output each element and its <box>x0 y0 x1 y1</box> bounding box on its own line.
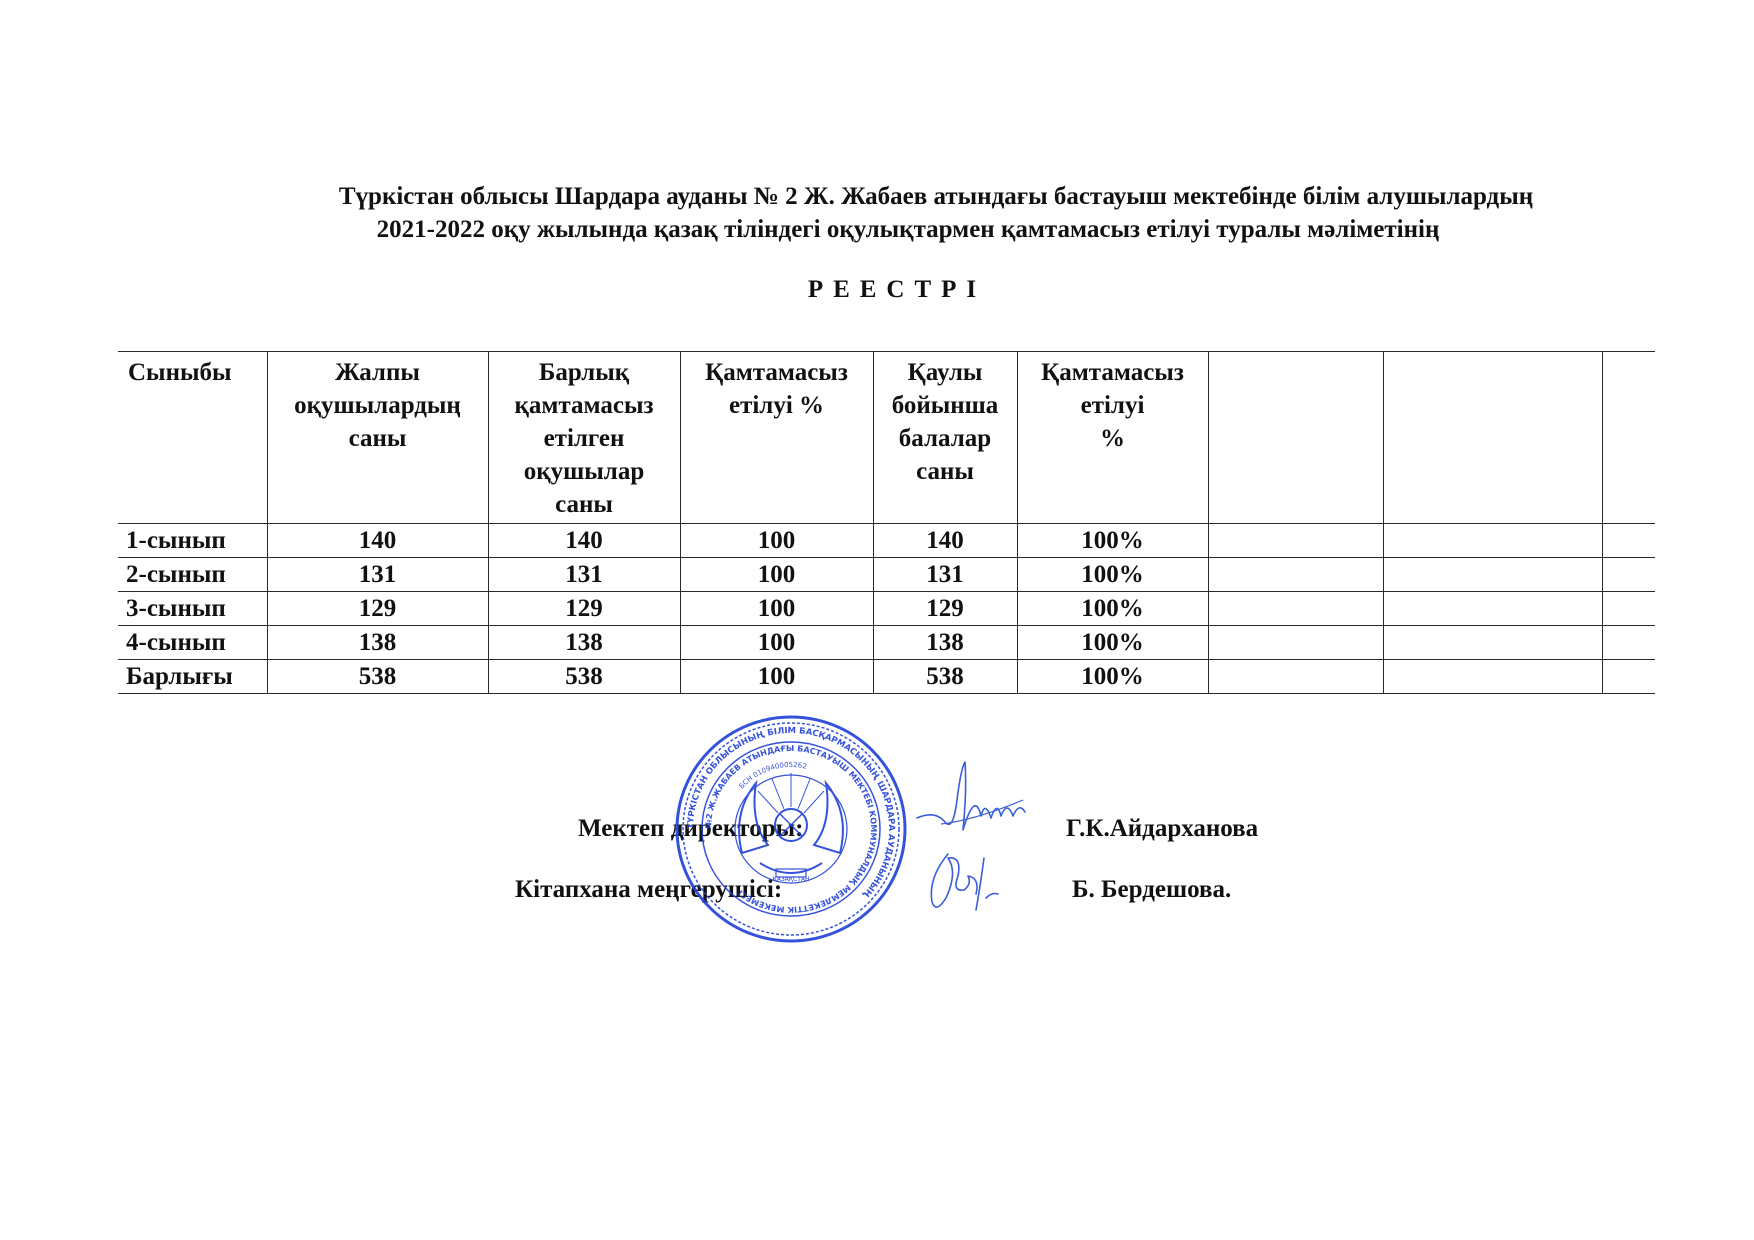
table-cell: 538 <box>488 660 680 694</box>
row-label: 1-сынып <box>118 524 267 558</box>
table-cell: 100% <box>1017 592 1208 626</box>
table-cell: 140 <box>873 524 1017 558</box>
table-cell <box>1602 660 1655 694</box>
table-cell <box>1602 558 1655 592</box>
column-header-1: Жалпыоқушылардыңсаны <box>267 352 488 524</box>
row-label: 4-сынып <box>118 626 267 660</box>
column-header-line: етілген <box>489 422 680 455</box>
table-cell: 538 <box>873 660 1017 694</box>
table-cell <box>1208 524 1383 558</box>
table-cell: 129 <box>267 592 488 626</box>
column-header-5: Қамтамасызетілуі% <box>1017 352 1208 524</box>
table-cell <box>1602 592 1655 626</box>
table-cell <box>1602 626 1655 660</box>
table-cell <box>1208 558 1383 592</box>
table-cell: 140 <box>267 524 488 558</box>
column-header-line: етілуі <box>1018 389 1208 422</box>
table-cell: 100% <box>1017 626 1208 660</box>
table-cell: 100% <box>1017 660 1208 694</box>
table-cell: 100% <box>1017 524 1208 558</box>
column-header-line: % <box>1018 422 1208 455</box>
table-cell: 138 <box>873 626 1017 660</box>
column-header-3: Қамтамасызетілуі % <box>680 352 873 524</box>
svg-text:№2 Ж.ЖАБАЕВ АТЫНДАҒЫ БАСТАУЫШ: №2 Ж.ЖАБАЕВ АТЫНДАҒЫ БАСТАУЫШ МЕКТЕБІ КО… <box>704 744 878 914</box>
table-cell <box>1383 626 1602 660</box>
column-header-line: Жалпы <box>268 356 488 389</box>
column-header-line: бойынша <box>874 389 1017 422</box>
table-cell <box>1208 660 1383 694</box>
table-cell: 140 <box>488 524 680 558</box>
table-cell: 100 <box>680 592 873 626</box>
column-header-line: оқушылар <box>489 455 680 488</box>
column-header-line: Сыныбы <box>128 356 267 389</box>
table-row: 3-сынып129129100129100% <box>118 592 1655 626</box>
table-cell <box>1383 558 1602 592</box>
column-header-line: етілуі % <box>681 389 873 422</box>
table-body: 1-сынып140140100140100%2-сынып1311311001… <box>118 524 1655 694</box>
table-cell: 131 <box>267 558 488 592</box>
table-cell: 138 <box>488 626 680 660</box>
column-header-line: саны <box>268 422 488 455</box>
table-row: Барлығы538538100538100% <box>118 660 1655 694</box>
table-cell <box>1383 524 1602 558</box>
row-label: 3-сынып <box>118 592 267 626</box>
table-row: 4-сынып138138100138100% <box>118 626 1655 660</box>
table-cell: 129 <box>873 592 1017 626</box>
column-header-line: Қамтамасыз <box>681 356 873 389</box>
column-header-line: оқушылардың <box>268 389 488 422</box>
column-header-line: Қамтамасыз <box>1018 356 1208 389</box>
director-signature <box>915 760 1035 850</box>
table-cell <box>1208 626 1383 660</box>
row-label: Барлығы <box>118 660 267 694</box>
svg-text:ҚАЗАҚСТАН: ҚАЗАҚСТАН <box>772 876 809 883</box>
title-line-2: 2021-2022 оқу жылында қазақ тіліндегі оқ… <box>0 213 1754 246</box>
librarian-signature <box>918 848 1008 918</box>
table-cell: 129 <box>488 592 680 626</box>
registry-table: СыныбыЖалпыоқушылардыңсаныБарлыққамтамас… <box>118 351 1655 694</box>
row-label: 2-сынып <box>118 558 267 592</box>
column-header-7 <box>1383 352 1602 524</box>
table-cell: 100 <box>680 558 873 592</box>
table-cell <box>1383 592 1602 626</box>
official-stamp: ТҮРКІСТАН ОБЛЫСЫНЫҢ БІЛІМ БАСҚАРМАСЫНЫҢ … <box>672 713 910 945</box>
column-header-line: саны <box>489 488 680 521</box>
table-cell <box>1208 592 1383 626</box>
column-header-2: Барлыққамтамасызетілгеноқушыларсаны <box>488 352 680 524</box>
table-cell: 131 <box>873 558 1017 592</box>
table-cell: 138 <box>267 626 488 660</box>
column-header-4: Қаулыбойыншабалаларсаны <box>873 352 1017 524</box>
column-header-line: балалар <box>874 422 1017 455</box>
column-header-8 <box>1602 352 1655 524</box>
registry-heading: РЕЕСТРІ <box>0 276 1754 304</box>
table-cell <box>1602 524 1655 558</box>
table-row: 2-сынып131131100131100% <box>118 558 1655 592</box>
table-cell: 100 <box>680 626 873 660</box>
table-cell: 538 <box>267 660 488 694</box>
table-cell: 100% <box>1017 558 1208 592</box>
column-header-line: Барлық <box>489 356 680 389</box>
table-cell: 100 <box>680 660 873 694</box>
table-row: 1-сынып140140100140100% <box>118 524 1655 558</box>
column-header-line: саны <box>874 455 1017 488</box>
title-line-1: Түркістан облысы Шардара ауданы № 2 Ж. Ж… <box>0 180 1754 213</box>
table-cell <box>1383 660 1602 694</box>
column-header-line: Қаулы <box>874 356 1017 389</box>
librarian-name: Б. Бердешова. <box>1072 876 1231 904</box>
table-header-row: СыныбыЖалпыоқушылардыңсаныБарлыққамтамас… <box>118 352 1655 524</box>
table-cell: 100 <box>680 524 873 558</box>
column-header-0: Сыныбы <box>118 352 267 524</box>
table-cell: 131 <box>488 558 680 592</box>
column-header-line: қамтамасыз <box>489 389 680 422</box>
director-name: Г.К.Айдарханова <box>1066 815 1258 843</box>
document-title: Түркістан облысы Шардара ауданы № 2 Ж. Ж… <box>0 180 1754 246</box>
column-header-6 <box>1208 352 1383 524</box>
